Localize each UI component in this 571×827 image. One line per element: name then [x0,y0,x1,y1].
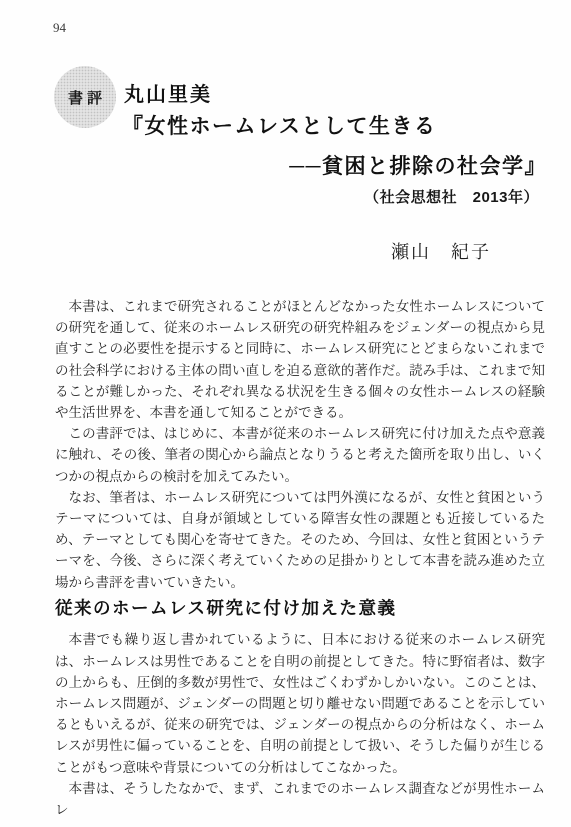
publisher-info: （社会思想社 2013年） [364,186,539,207]
reviewer-name: 瀬山 紀子 [391,238,491,264]
page-number: 94 [53,20,66,36]
body-paragraph: なお、筆者は、ホームレス研究については門外漢になるが、女性と貧困というテーマにつ… [55,487,545,593]
body-paragraph: この書評では、はじめに、本書が従来のホームレス研究に付け加えた点や意義に触れ、そ… [55,423,545,487]
body-paragraph: 本書は、これまで研究されることがほとんどなかった女性ホームレスについての研究を通… [55,296,545,423]
book-review-badge: 書評 [54,66,116,128]
body-paragraph: 本書でも繰り返し書かれているように、日本における従来のホームレス研究は、ホームレ… [55,629,545,777]
scanned-book-review-page: 94 書評 丸山里美 『女性ホームレスとして生きる ──貧困と排除の社会学』 （… [0,0,571,827]
book-title-line2: ──貧困と排除の社会学』 [289,150,547,180]
book-review-badge-label: 書評 [64,87,106,108]
review-body: 本書は、これまで研究されることがほとんどなかった女性ホームレスについての研究を通… [55,296,545,820]
body-paragraph: 本書は、そうしたなかで、まず、これまでのホームレス調査などが男性ホームレ [55,778,545,820]
section-heading: 従来のホームレス研究に付け加えた意義 [55,597,545,621]
book-title-line1: 『女性ホームレスとして生きる [122,110,436,140]
book-author: 丸山里美 [124,78,212,107]
